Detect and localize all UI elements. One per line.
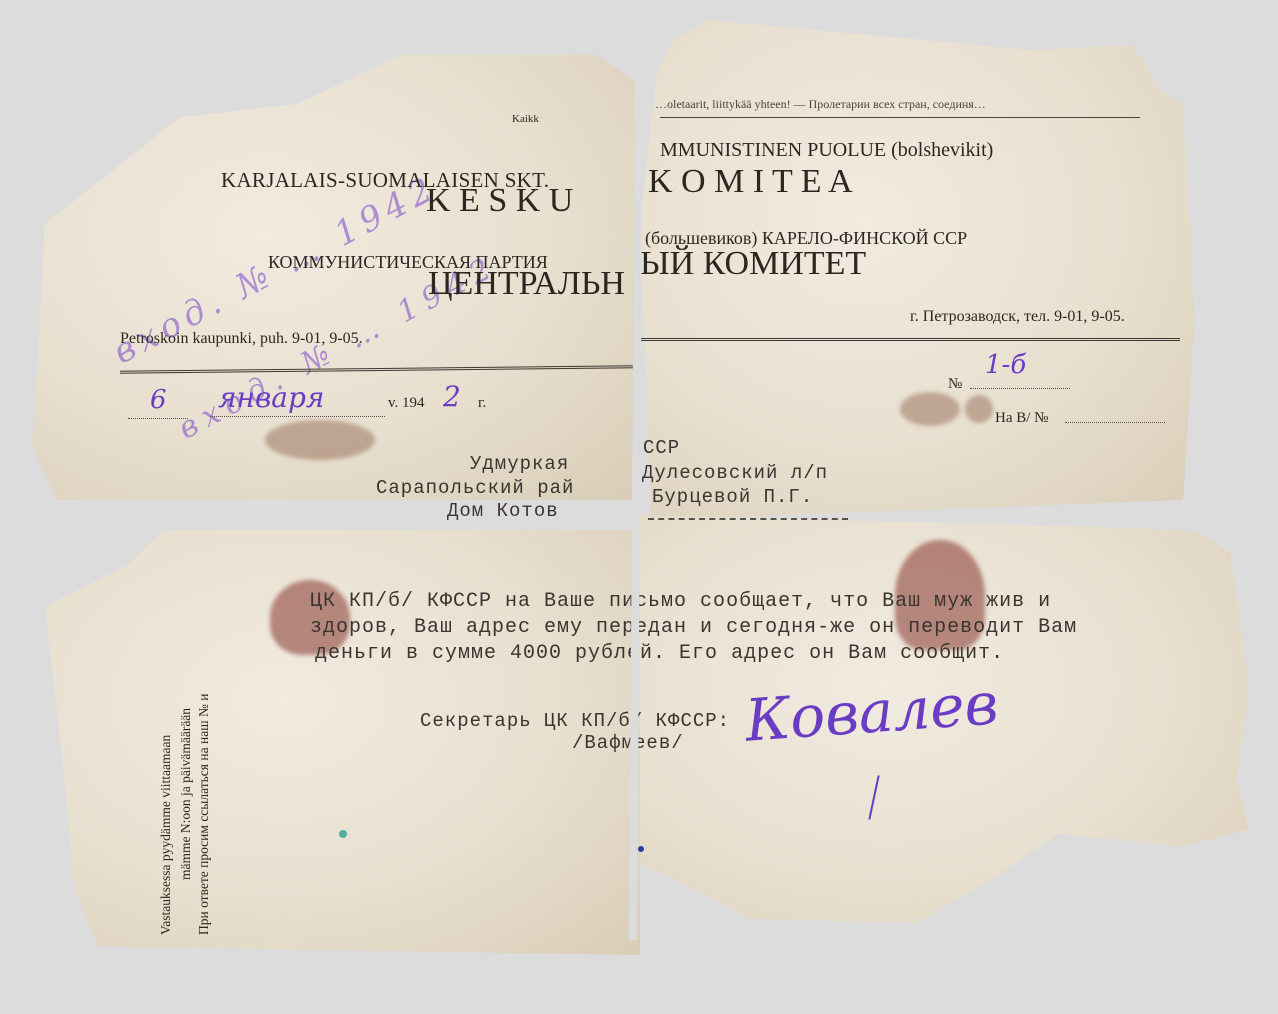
recipient-line-4-left: Дом Котов <box>447 500 559 522</box>
stain <box>900 392 960 426</box>
body-line-3: деньги в сумме 4000 рублей. Его адрес он… <box>315 642 1004 665</box>
date-month-field <box>210 416 385 417</box>
party-name-fi-right: MMUNISTINEN PUOLUE (bolshevikit) <box>660 139 993 162</box>
committee-fi-left: K E S K U <box>426 182 573 220</box>
stain <box>265 420 375 460</box>
slogan-rule <box>660 117 1140 118</box>
side-note-line-1: Vastauksessa pyydämme viittaamaan <box>158 735 174 935</box>
date-day-field <box>128 418 188 419</box>
letterhead-rule-right <box>640 338 1180 341</box>
reply-number-label: На В/ № <box>995 410 1048 427</box>
committee-ru-right: ЫЙ КОМИТЕТ <box>640 245 866 283</box>
signature-title: Секретарь ЦК КП/б/ КФССР: <box>420 710 730 732</box>
side-note-line-3: При ответе просим ссылаться на наш № и <box>196 694 212 935</box>
date-month: января <box>218 381 324 414</box>
body-line-2: здоров, Ваш адрес ему передан и сегодня-… <box>310 616 1077 639</box>
recipient-line-1-right: ССР <box>643 437 680 459</box>
recipient-line-1-left: Удмуркая <box>470 453 569 475</box>
recipient-line-3-left: Сарапольский рай <box>376 477 574 499</box>
date-day: 6 <box>150 385 167 415</box>
green-dot <box>339 830 347 838</box>
stain <box>965 395 993 423</box>
address-ru: г. Петрозаводск, тел. 9-01, 9-05. <box>910 308 1125 326</box>
date-year-prefix: v. 194 <box>388 395 425 412</box>
slogan: …oletaarit, liittykää yhteen! — Пролетар… <box>655 97 986 112</box>
body-line-1: ЦК КП/б/ КФССР на Ваше письмо сообщает, … <box>310 590 1051 613</box>
date-year-label: г. <box>478 395 486 412</box>
recipient-line-3-right: Бурцевой П.Г. <box>652 486 813 508</box>
date-year-suffix: 2 <box>443 380 461 413</box>
signature-name: /Вафмеев/ <box>572 732 684 754</box>
recipient-line-2-right: Дулесовский л/п <box>642 462 828 484</box>
blue-dot <box>638 846 644 852</box>
outgoing-number-label: № <box>948 376 962 393</box>
recipient-underline <box>648 518 848 520</box>
committee-ru-left: ЦЕНТРАЛЬН <box>428 265 625 303</box>
outgoing-number-value: 1-б <box>985 350 1026 380</box>
side-note-line-2: mämme N:oon ja päivämäärään <box>178 708 194 880</box>
committee-fi-right: K O M I T E A <box>648 163 853 201</box>
address-fi: Petroskoin kaupunki, puh. 9-01, 9-05. <box>120 330 363 348</box>
reply-number-field <box>1065 422 1165 423</box>
slogan-fragment-left: Kaikk <box>512 113 539 125</box>
outgoing-number-field <box>970 388 1070 389</box>
